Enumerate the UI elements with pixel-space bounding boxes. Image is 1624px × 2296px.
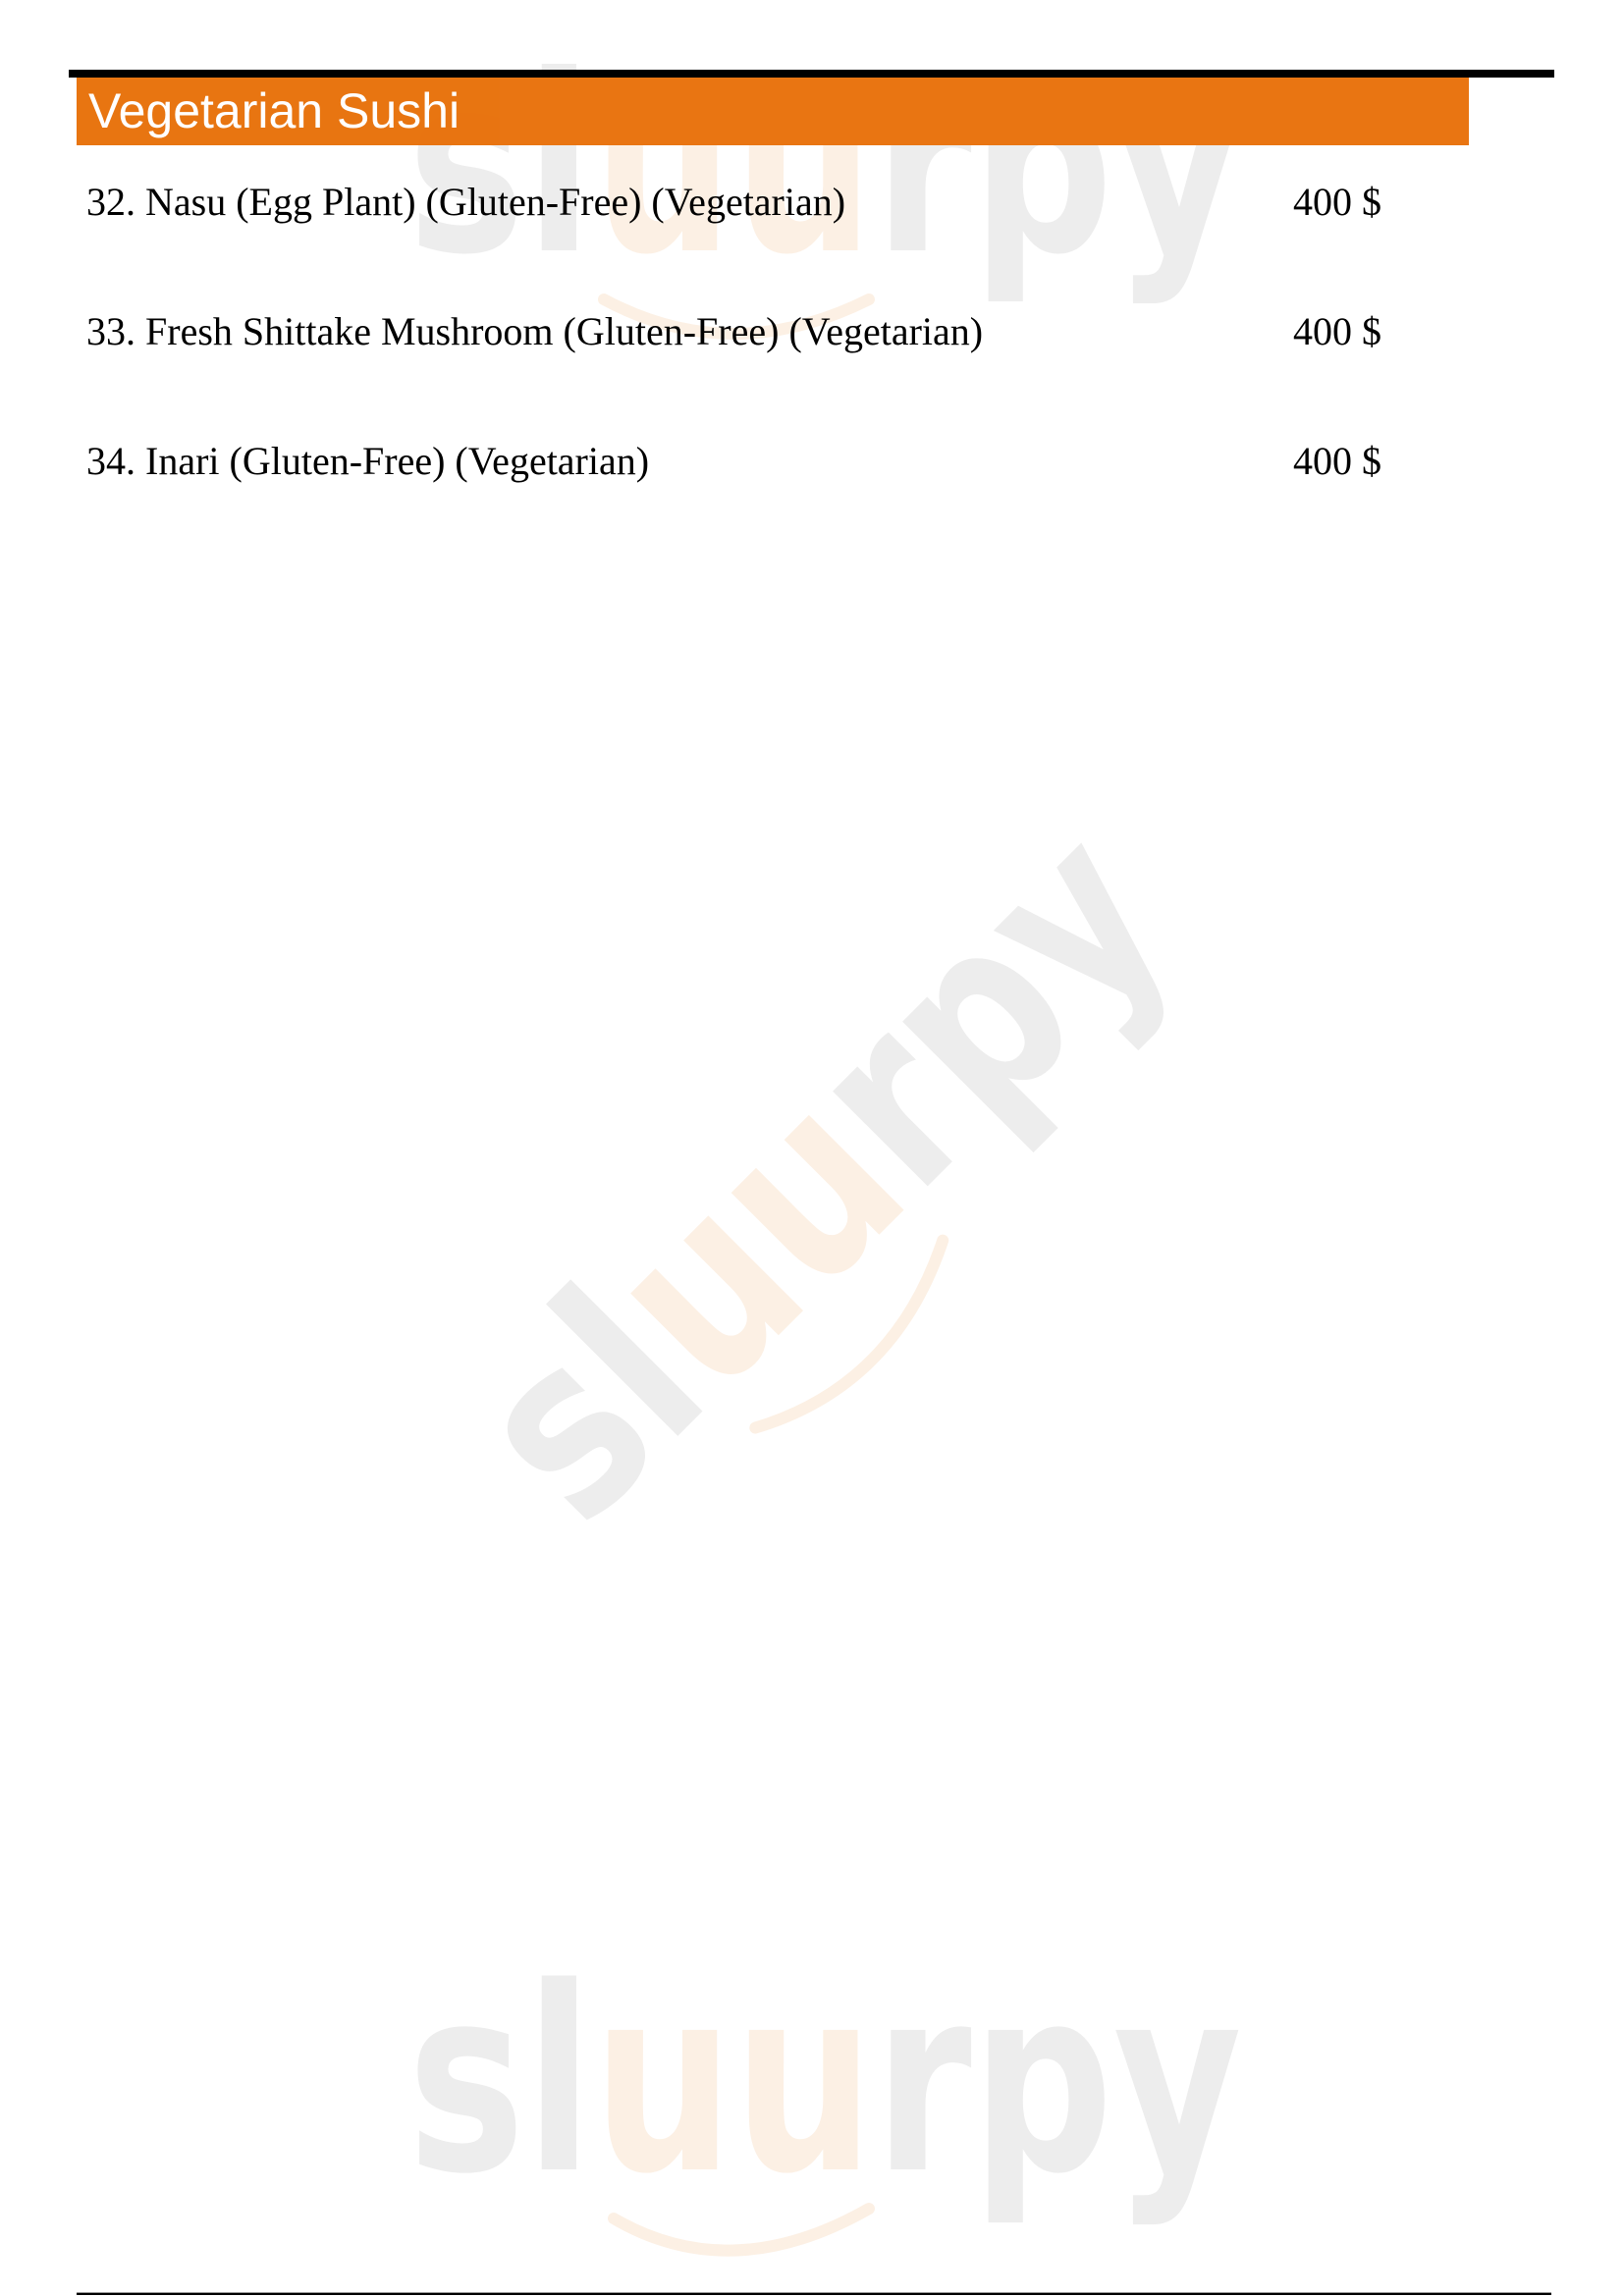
menu-item-name: 33. Fresh Shittake Mushroom (Gluten-Free… — [86, 307, 983, 356]
menu-item: 32. Nasu (Egg Plant) (Gluten-Free) (Vege… — [86, 178, 1392, 227]
menu-item-price: 400 $ — [1293, 178, 1381, 227]
svg-text:sluurpy: sluurpy — [452, 785, 1198, 1531]
menu-item: 34. Inari (Gluten-Free) (Vegetarian) 400… — [86, 437, 1392, 486]
menu-item: 33. Fresh Shittake Mushroom (Gluten-Free… — [86, 307, 1392, 356]
svg-text:sluurpy: sluurpy — [407, 1963, 1242, 2230]
menu-item-price: 400 $ — [1293, 307, 1381, 356]
top-divider — [69, 70, 1554, 78]
sluurpy-watermark-bottom: sluurpy — [407, 1963, 1242, 2277]
bottom-divider — [77, 2292, 1551, 2295]
menu-item-name: 34. Inari (Gluten-Free) (Vegetarian) — [86, 437, 649, 486]
section-header: Vegetarian Sushi — [77, 78, 1469, 145]
sluurpy-watermark-middle: sluurpy — [452, 785, 1198, 1531]
menu-item-name: 32. Nasu (Egg Plant) (Gluten-Free) (Vege… — [86, 178, 845, 227]
section-title: Vegetarian Sushi — [88, 83, 460, 138]
menu-item-price: 400 $ — [1293, 437, 1381, 486]
